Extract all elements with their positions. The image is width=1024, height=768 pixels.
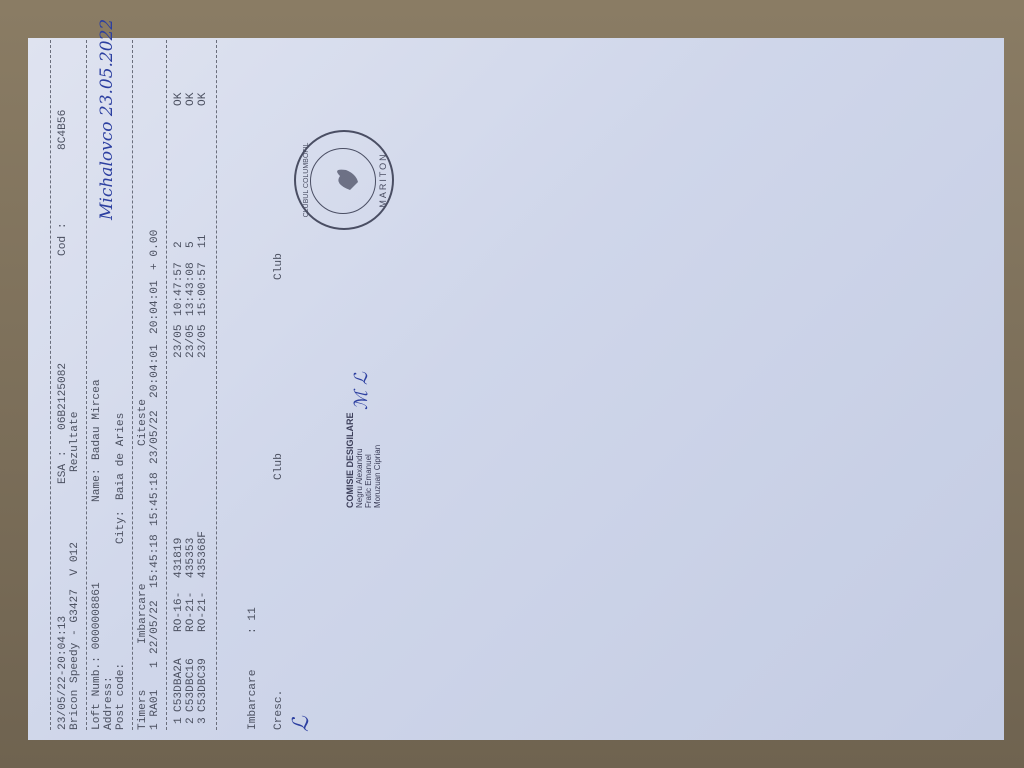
timer-id: 1 RA01 bbox=[149, 690, 161, 730]
esa-label: ESA : bbox=[58, 450, 70, 484]
result-place: 11 bbox=[198, 235, 210, 248]
esa-value: 06B2125082 bbox=[58, 363, 70, 430]
timer-row: 1 RA01122/05/2215:45:1815:45:1823/05/222… bbox=[150, 690, 162, 730]
result-ring: 435353 bbox=[186, 538, 198, 578]
citeste-date: 23/05/22 bbox=[150, 410, 162, 464]
imbarcare-header: Imbarcare bbox=[138, 584, 150, 644]
result-place: 5 bbox=[186, 241, 198, 248]
program-name: Bricon Speedy - G3427 V 012 bbox=[69, 542, 81, 730]
imbarcare-summary: Imbarcare: 11 bbox=[248, 670, 260, 730]
divider bbox=[132, 40, 133, 730]
timers-label: Timers bbox=[137, 690, 149, 730]
loft-numb-value: 0000008861 bbox=[91, 582, 103, 649]
commission-signatures: ℳ ℒ bbox=[356, 372, 368, 410]
results-printout: 23/05/22-20:04:13ESA :06B2125082Cod :8C4… bbox=[40, 40, 1000, 730]
result-status: OK bbox=[186, 93, 198, 106]
imbarcare-total-value: : 11 bbox=[248, 607, 260, 634]
document-type: Rezultate bbox=[70, 412, 82, 472]
citeste-time-1: 20:04:01 bbox=[150, 344, 162, 398]
handwritten-note: Michalovco 23.05.2022 bbox=[102, 19, 114, 220]
divider bbox=[86, 40, 87, 730]
header-line-2: Bricon Speedy - G3427 V 012Rezultate bbox=[70, 542, 82, 730]
club-label-2: Club bbox=[274, 253, 286, 280]
result-n: 2 bbox=[186, 717, 198, 724]
result-ring: 431819 bbox=[174, 538, 186, 578]
commission-block: COMISIE DESIGILARE Negru Alexandru Frati… bbox=[346, 412, 382, 508]
result-status: OK bbox=[174, 93, 186, 106]
cresc-signature: ℒ bbox=[296, 716, 308, 732]
address-label: Address: bbox=[104, 676, 116, 730]
name-label: Name: bbox=[92, 468, 104, 502]
result-n: 3 bbox=[198, 717, 210, 724]
result-chip: C53DBC16 bbox=[186, 658, 198, 712]
divider bbox=[166, 40, 167, 730]
loft-numb-label: Loft Numb.: bbox=[91, 656, 103, 730]
result-date: 23/05 bbox=[198, 324, 210, 358]
timer-n: 1 bbox=[150, 661, 162, 668]
timers-header: TimersImbarcareCiteste bbox=[138, 690, 150, 730]
result-date: 23/05 bbox=[174, 324, 186, 358]
citeste-time-2: 20:04:01 bbox=[150, 280, 162, 334]
citeste-header: Citeste bbox=[138, 399, 150, 446]
result-date: 23/05 bbox=[186, 324, 198, 358]
result-chip: C53DBC39 bbox=[198, 658, 210, 712]
result-n: 1 bbox=[174, 717, 186, 724]
cod-value: 8C4B56 bbox=[58, 110, 70, 150]
name-value: Badau Mircea bbox=[92, 379, 104, 460]
result-country: RO-21- bbox=[198, 592, 210, 632]
result-time: 15:00:57 bbox=[198, 262, 210, 316]
result-chip: C53DBA2A bbox=[174, 658, 186, 712]
commission-title: COMISIE DESIGILARE bbox=[345, 412, 355, 508]
city-value: Baia de Aries bbox=[116, 413, 128, 500]
cod-label: Cod : bbox=[58, 222, 70, 256]
print-datetime: 23/05/22-20:04:13 bbox=[57, 616, 69, 730]
commission-member: Negru Alexandru bbox=[355, 448, 364, 508]
result-status: OK bbox=[198, 93, 210, 106]
result-ring: 435368F bbox=[198, 531, 210, 578]
imbarcare-date: 22/05/22 bbox=[150, 600, 162, 654]
city-label: City: bbox=[116, 510, 128, 544]
pigeon-emblem-icon: CLUBUL COLUMBOFIL MARITON bbox=[296, 132, 392, 228]
cresc-label: Cresc. bbox=[273, 690, 285, 730]
signature-line: Cresc.ClubClub bbox=[274, 690, 286, 730]
svg-text:CLUBUL COLUMBOFIL: CLUBUL COLUMBOFIL bbox=[303, 142, 310, 217]
post-code-label: Post code: bbox=[115, 663, 127, 730]
club-stamp: CLUBUL COLUMBOFIL MARITON bbox=[294, 130, 394, 230]
imbarcare-total-label: Imbarcare bbox=[247, 670, 259, 730]
result-time: 10:47:57 bbox=[174, 262, 186, 316]
imbarcare-time-2: 15:45:18 bbox=[150, 472, 162, 526]
divider bbox=[216, 40, 217, 730]
club-label-1: Club bbox=[274, 453, 286, 480]
result-place: 2 bbox=[174, 241, 186, 248]
time-offset: + 0.00 bbox=[150, 230, 162, 270]
loft-line: Loft Numb.: 0000008861Name:Badau Mircea bbox=[92, 582, 104, 730]
result-country: RO-16- bbox=[174, 592, 186, 632]
result-country: RO-21- bbox=[186, 592, 198, 632]
imbarcare-time-1: 15:45:18 bbox=[150, 534, 162, 588]
commission-member: Fratic Emanuel bbox=[364, 454, 373, 508]
commission-member: Moruzuan Ciprian bbox=[373, 445, 382, 508]
divider bbox=[50, 40, 51, 730]
header-line-1: 23/05/22-20:04:13ESA :06B2125082Cod :8C4… bbox=[58, 616, 70, 730]
result-time: 13:43:08 bbox=[186, 262, 198, 316]
postcode-line: Post code:City:Baia de Aries bbox=[116, 663, 128, 730]
svg-text:MARITON: MARITON bbox=[378, 152, 388, 207]
